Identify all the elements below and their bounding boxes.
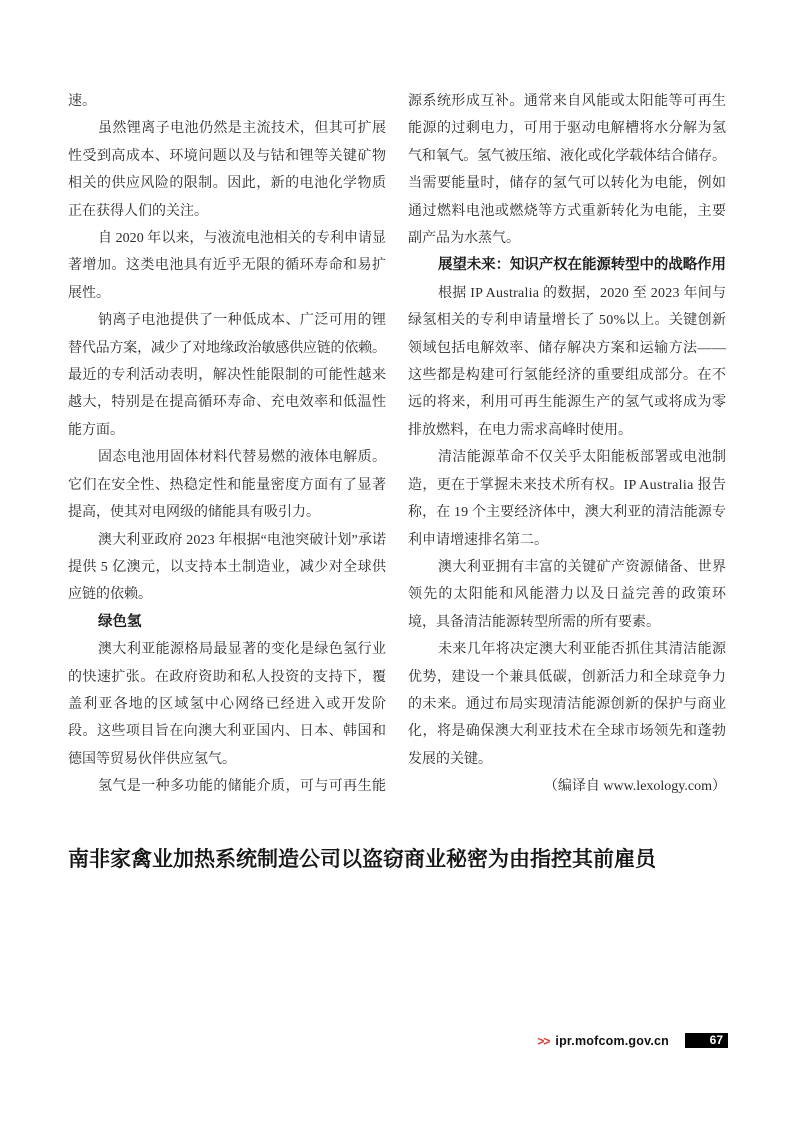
- text-line: 领先的太阳能和风能潜力以及日益完善的政策环: [408, 581, 726, 608]
- text-line: 提供 5 亿澳元，以支持本土制造业，减少对全球供: [68, 554, 386, 581]
- text-line: 最近的专利活动表明，解决性能限制的可能性越来: [68, 362, 386, 389]
- text-line: 固态电池用固体材料代替易燃的液体电解质。: [68, 444, 386, 471]
- text-line: 相关的供应风险的限制。因此，新的电池化学物质: [68, 170, 386, 197]
- text-line: 它们在安全性、热稳定性和能量密度方面有了显著: [68, 472, 386, 499]
- page-number-badge: 67: [685, 1033, 728, 1048]
- section-heading: 展望未来：知识产权在能源转型中的战略作用: [408, 252, 726, 279]
- text-line: 德国等贸易伙伴供应氢气。: [68, 746, 386, 773]
- text-line: 化，将是确保澳大利亚技术在全球市场领先和蓬勃: [408, 718, 726, 745]
- text-line: 提高，使其对电网级的储能具有吸引力。: [68, 499, 386, 526]
- text-line: 澳大利亚拥有丰富的关键矿产资源储备、世界: [408, 554, 726, 581]
- text-line: 澳大利亚政府 2023 年根据“电池突破计划”承诺: [68, 527, 386, 554]
- text-line: 发展的关键。: [408, 746, 726, 773]
- text-line: 优势，建设一个兼具低碳，创新活力和全球竞争力: [408, 664, 726, 691]
- text-line: 通过燃料电池或燃烧等方式重新转化为电能，主要: [408, 198, 726, 225]
- text-line: 正在获得人们的关注。: [68, 198, 386, 225]
- text-line: 绿氢相关的专利申请量增长了 50%以上。关键创新: [408, 307, 726, 334]
- text-line: 展性。: [68, 280, 386, 307]
- text-line: 能源的过剩电力，可用于驱动电解槽将水分解为氢: [408, 115, 726, 142]
- text-line: 这些都是构建可行氢能经济的重要组成部分。在不: [408, 362, 726, 389]
- text-line: 澳大利亚能源格局最显著的变化是绿色氢行业: [68, 636, 386, 663]
- text-line: 根据 IP Australia 的数据，2020 至 2023 年间与: [408, 280, 726, 307]
- text-line: 性受到高成本、环境问题以及与钴和锂等关键矿物: [68, 143, 386, 170]
- text-line: 氢气是一种多功能的储能介质，可与可再生能: [68, 773, 386, 800]
- text-line: 当需要能量时，储存的氢气可以转化为电能，例如: [408, 170, 726, 197]
- text-line: 源系统形成互补。通常来自风能或太阳能等可再生: [408, 88, 726, 115]
- text-line: 副产品为水蒸气。: [408, 225, 726, 252]
- text-line: 境，具备清洁能源转型所需的所有要素。: [408, 609, 726, 636]
- text-line: 盖利亚各地的区域氢中心网络已经进入或开发阶: [68, 691, 386, 718]
- text-line: 段。这些项目旨在向澳大利亚国内、日本、韩国和: [68, 718, 386, 745]
- footer-site-url: ipr.mofcom.gov.cn: [555, 1034, 669, 1048]
- article-body: 速。虽然锂离子电池仍然是主流技术，但其可扩展性受到高成本、环境问题以及与钴和锂等…: [68, 88, 726, 801]
- text-line: 应链的依赖。: [68, 581, 386, 608]
- text-line: 越大，特别是在提高循环寿命、充电效率和低温性: [68, 389, 386, 416]
- page-footer: >> ipr.mofcom.gov.cn 67: [537, 1032, 728, 1049]
- text-line: 替代品方案，减少了对地缘政治敏感供应链的依赖。: [68, 335, 386, 362]
- double-chevron-icon: >>: [537, 1033, 549, 1048]
- text-line: 钠离子电池提供了一种低成本、广泛可用的锂: [68, 307, 386, 334]
- document-page: 速。虽然锂离子电池仍然是主流技术，但其可扩展性受到高成本、环境问题以及与钴和锂等…: [0, 0, 794, 1123]
- article-headline: 南非家禽业加热系统制造公司以盗窃商业秘密为由指控其前雇员: [68, 846, 726, 874]
- text-line: 气和氧气。氢气被压缩、液化或化学载体结合储存。: [408, 143, 726, 170]
- text-line: 造，更在于掌握未来技术所有权。IP Australia 报告: [408, 472, 726, 499]
- text-line: 著增加。这类电池具有近乎无限的循环寿命和易扩: [68, 252, 386, 279]
- text-line: 利申请增速排名第二。: [408, 527, 726, 554]
- source-attribution: （编译自 www.lexology.com）: [408, 773, 726, 800]
- text-line: 领域包括电解效率、储存解决方案和运输方法——: [408, 335, 726, 362]
- text-line: 速。: [68, 88, 386, 115]
- text-line: 的未来。通过布局实现清洁能源创新的保护与商业: [408, 691, 726, 718]
- text-line: 远的将来，利用可再生能源生产的氢气或将成为零: [408, 389, 726, 416]
- text-line: 清洁能源革命不仅关乎太阳能板部署或电池制: [408, 444, 726, 471]
- text-line: 虽然锂离子电池仍然是主流技术，但其可扩展: [68, 115, 386, 142]
- text-line: 排放燃料，在电力需求高峰时使用。: [408, 417, 726, 444]
- article-column-left: 速。虽然锂离子电池仍然是主流技术，但其可扩展性受到高成本、环境问题以及与钴和锂等…: [68, 88, 386, 801]
- text-line: 能方面。: [68, 417, 386, 444]
- text-line: 称，在 19 个主要经济体中，澳大利亚的清洁能源专: [408, 499, 726, 526]
- section-heading: 绿色氢: [68, 609, 386, 636]
- text-line: 的快速扩张。在政府资助和私人投资的支持下，覆: [68, 664, 386, 691]
- text-line: 自 2020 年以来，与液流电池相关的专利申请显: [68, 225, 386, 252]
- text-line: 未来几年将决定澳大利亚能否抓住其清洁能源: [408, 636, 726, 663]
- article-column-right: 源系统形成互补。通常来自风能或太阳能等可再生能源的过剩电力，可用于驱动电解槽将水…: [408, 88, 726, 801]
